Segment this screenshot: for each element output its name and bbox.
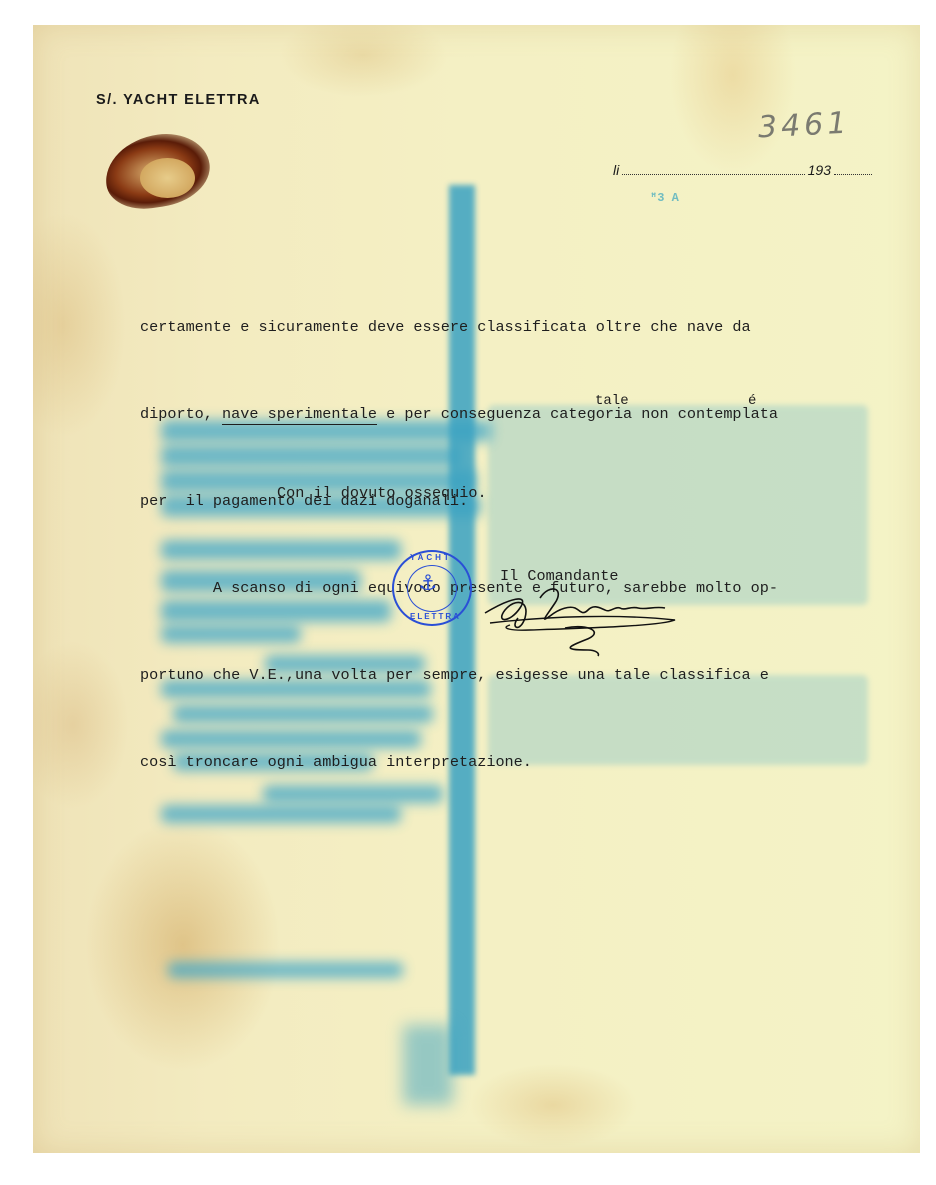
closing-salutation: Con il dovuto ossequio.	[277, 484, 487, 502]
year-blank	[834, 164, 872, 175]
faint-stamp: ꟸ3 A	[650, 190, 679, 205]
text-fragment: e per conseguenza categoria non contempl…	[377, 405, 778, 423]
bleed-through-text	[161, 805, 401, 823]
body-line: portuno che V.E.,una volta per sempre, e…	[140, 661, 880, 690]
date-year: 193	[808, 162, 831, 178]
archive-number: 3461	[757, 106, 851, 146]
body-line: certamente e sicuramente deve essere cla…	[140, 313, 880, 342]
body-line: diporto, nave sperimentale e per consegu…	[140, 400, 880, 429]
letter-body: certamente e sicuramente deve essere cla…	[140, 255, 880, 806]
anchor-icon: ⚓	[420, 570, 436, 596]
body-line: così troncare ogni ambigua interpretazio…	[140, 748, 880, 777]
date-blank	[622, 164, 804, 175]
handwritten-insert: tale	[595, 387, 629, 416]
letterhead: S/. YACHT ELETTRA	[96, 92, 261, 108]
date-prefix: li	[613, 162, 619, 178]
body-line: per il pagamento dei dazi doganali.	[140, 487, 880, 516]
seal-top-text: YACHT	[410, 553, 452, 562]
text-fragment: diporto,	[140, 405, 222, 423]
bleed-through-smudge	[403, 1025, 453, 1105]
bleed-through-text	[168, 962, 403, 978]
underlined-phrase: nave sperimentale	[222, 405, 377, 425]
handwritten-accent: é	[748, 387, 756, 416]
date-line: li 193	[613, 162, 875, 178]
seal-bottom-text: ELETTRA	[410, 612, 461, 621]
burn-mark-center	[140, 158, 195, 198]
handwritten-signature	[470, 578, 690, 658]
yacht-seal-stamp: YACHT ⚓ ELETTRA	[392, 550, 472, 626]
